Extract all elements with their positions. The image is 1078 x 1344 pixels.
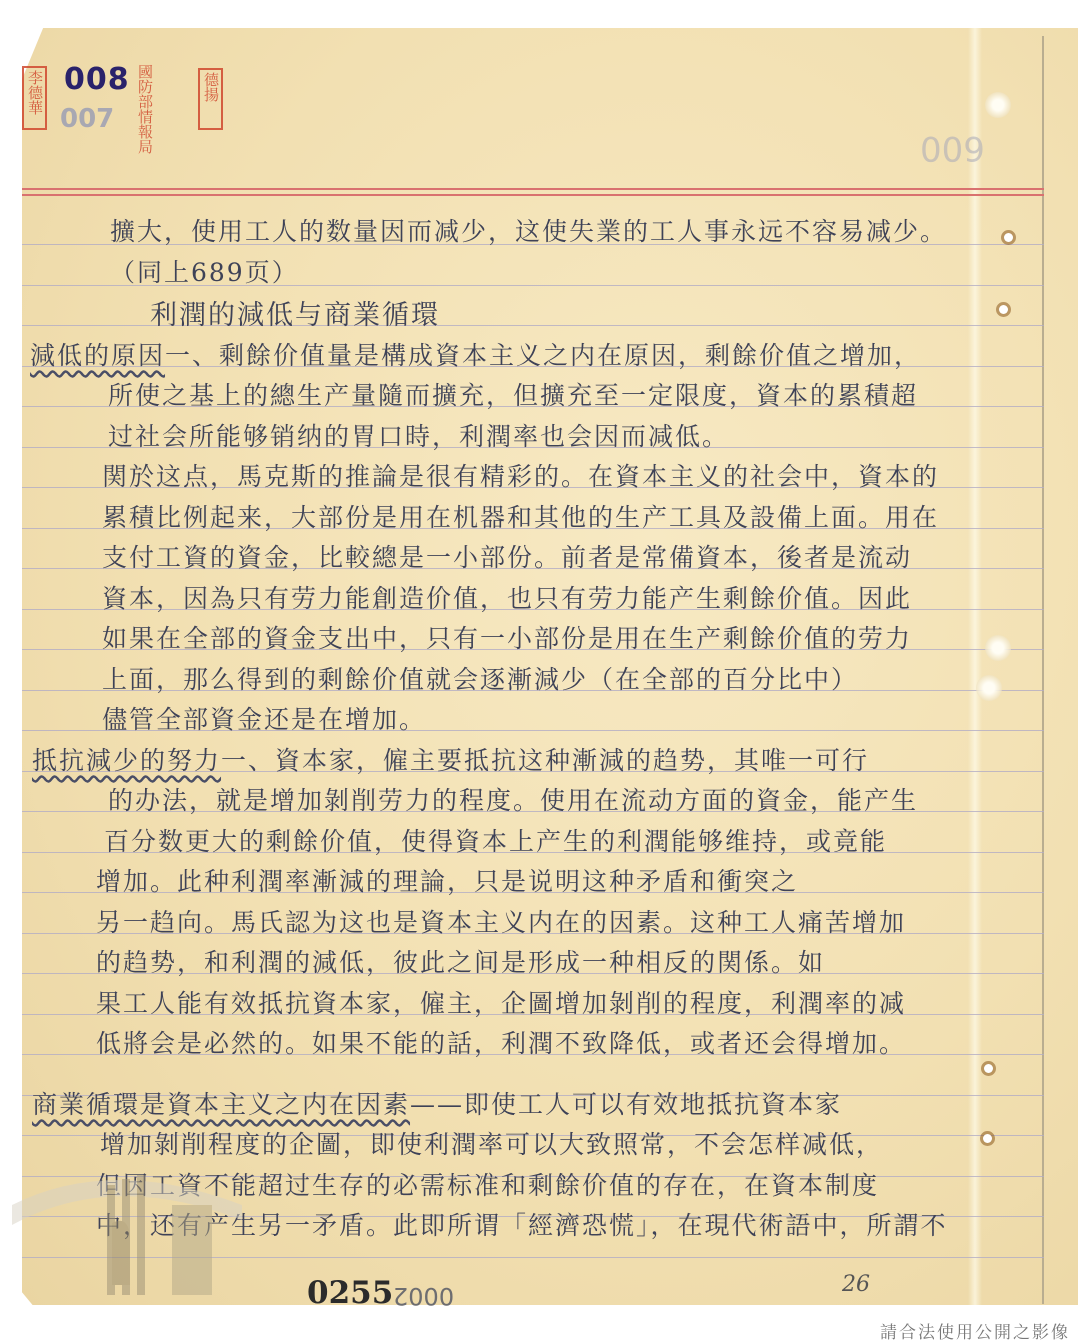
faded-number-stamp: 007: [60, 104, 114, 134]
text-line-with-heading: 減低的原因一、剩餘价值量是構成資本主义之内在原因，剩餘价值之增加，: [30, 336, 921, 372]
text-line: ——即使工人可以有效地抵抗資本家: [410, 1090, 842, 1119]
text-line-with-heading: 抵抗減少的努力一、資本家，僱主要抵抗这种漸減的趋势，其唯一可行: [32, 741, 869, 777]
archive-number-stamp: 0255: [307, 1275, 393, 1311]
text-line: 擴大，使用工人的数量因而减少，这使失業的工人事永远不容易减少。: [110, 212, 947, 248]
punch-hole: [1004, 233, 1013, 242]
text-line: 資本，因為只有劳力能創造价值，也只有劳力能产生剩餘价值。因此: [102, 579, 912, 615]
punch-hole: [999, 305, 1008, 314]
archive-logo-watermark: [12, 1165, 252, 1295]
text-line: 上面，那么得到的剩餘价值就会逐漸減少（在全部的百分比中）: [102, 660, 858, 696]
text-line: 另一趋向。馬氏認为这也是資本主义内在的因素。这种工人痛苦增加: [96, 903, 906, 939]
usage-watermark: 請合法使用公開之影像: [880, 1318, 1070, 1343]
punch-hole: [984, 1064, 993, 1073]
text-line: 增加。此种利潤率漸減的理論，只是说明这种矛盾和衝突之: [96, 862, 798, 898]
red-seal-left: 李德華: [22, 66, 47, 130]
text-line: 果工人能有效抵抗資本家，僱主，企圖增加剝削的程度，利潤率的减: [96, 984, 906, 1020]
subheading: 減低的原因: [30, 341, 165, 370]
text-line: 所使之基上的總生产量隨而擴充，但擴充至一定限度，資本的累積超: [108, 376, 918, 412]
paper-tear: [976, 675, 1002, 701]
text-line: 的办法，就是增加剝削劳力的程度。使用在流动方面的資金，能产生: [108, 781, 918, 817]
red-seal-name: 德揚: [198, 68, 223, 130]
text-line: 的趋势，和利潤的減低，彼此之间是形成一种相反的関係。如: [96, 943, 825, 979]
text-line: 百分数更大的剩餘价值，使得資本上产生的利潤能够维持，或竟能: [104, 822, 887, 858]
subheading: 抵抗減少的努力: [32, 746, 221, 775]
text-line: 儘管全部資金还是在增加。: [102, 700, 426, 736]
red-seal-agency: 國防部情報局: [134, 62, 155, 172]
text-line: 一、剩餘价值量是構成資本主义之内在原因，剩餘价值之增加，: [165, 341, 921, 370]
text-line: 累積比例起来，大部份是用在机器和其他的生产工具及設備上面。用在: [102, 498, 939, 534]
section-title: 利潤的減低与商業循環: [150, 293, 440, 332]
bleed-through-number: 600: [920, 128, 985, 168]
text-line-with-heading: 商業循環是資本主义之内在因素——即使工人可以有效地抵抗資本家: [32, 1085, 842, 1121]
page-mark: 26: [842, 1272, 870, 1297]
red-margin-rule: [22, 188, 1044, 190]
red-margin-rule: [22, 194, 1044, 196]
text-line: （同上689页）: [110, 253, 299, 289]
text-line: 支付工資的資金，比較總是一小部份。前者是常備資本，後者是流动: [102, 538, 912, 574]
paper-fold-edge: [1042, 36, 1044, 1304]
text-line: 过社会所能够销纳的胃口時，利潤率也会因而减低。: [108, 417, 729, 453]
text-line: 低將会是必然的。如果不能的話，利潤不致降低，或者还会得增加。: [96, 1024, 906, 1060]
punch-hole: [983, 1134, 992, 1143]
text-line: 如果在全部的資金支出中，只有一小部份是用在生产剩餘价值的劳力: [102, 619, 912, 655]
pencil-number: 0002: [393, 1282, 454, 1310]
text-line: 一、資本家，僱主要抵抗这种漸減的趋势，其唯一可行: [221, 746, 869, 775]
text-line: 関於这点，馬克斯的推論是很有精彩的。在資本主义的社会中，資本的: [102, 457, 939, 493]
subheading: 商業循環是資本主义之内在因素: [32, 1090, 410, 1119]
paper-tear: [985, 635, 1011, 661]
text-line: 增加剝削程度的企圖，即使利潤率可以大致照常，不会怎样减低，: [100, 1125, 883, 1161]
paper-tear: [985, 92, 1011, 118]
serial-number-stamp: 008: [64, 62, 130, 97]
